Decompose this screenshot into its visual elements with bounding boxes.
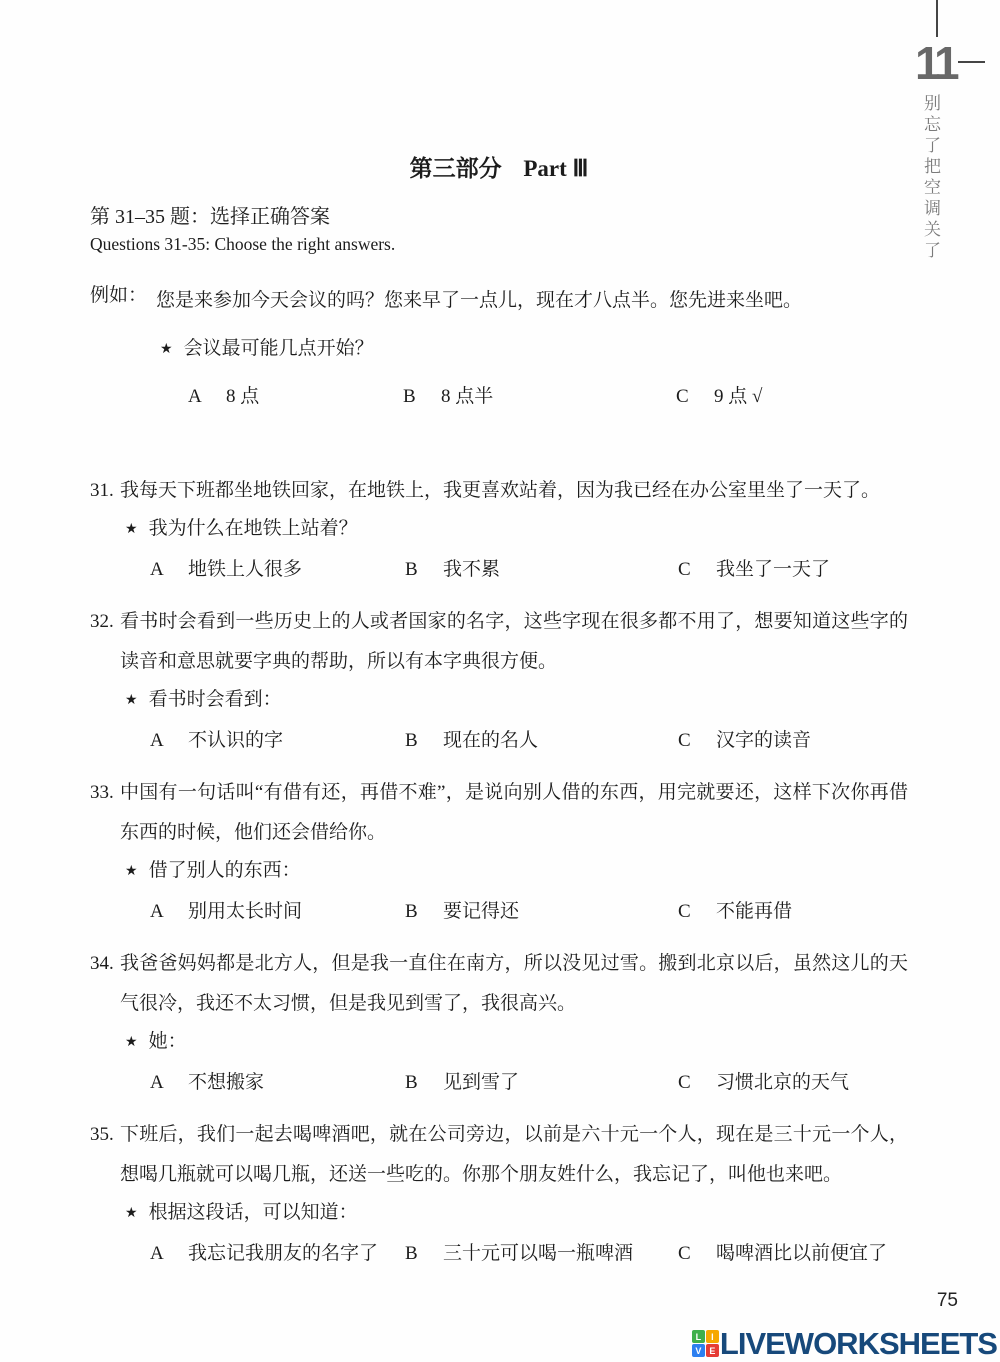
option-letter: C — [678, 1066, 716, 1100]
question-passage: 中国有一句话叫“有借有还，再借不难”，是说向别人借的东西，用完就要还，这样下次你… — [120, 773, 908, 853]
question-passage-row: 33. 中国有一句话叫“有借有还，再借不难”，是说向别人借的东西，用完就要还，这… — [90, 773, 908, 853]
option-text: 别用太长时间 — [188, 895, 302, 929]
liveworksheets-wordmark: LIVEWORKSHEETS — [720, 1328, 997, 1359]
question-passage: 我爸爸妈妈都是北方人，但是我一直住在南方，所以没见过雪。搬到北京以后，虽然这儿的… — [120, 944, 908, 1024]
example-label: 例如： — [90, 281, 156, 321]
section-title: 第三部分 Part Ⅲ — [90, 150, 908, 183]
option-b[interactable]: B 我不累 — [405, 553, 678, 587]
question-31: 31. 我每天下班都坐地铁回家，在地铁上，我更喜欢站着，因为我已经在办公室里坐了… — [90, 471, 908, 587]
option-text: 不能再借 — [716, 895, 792, 929]
example-option-b[interactable]: B 8 点半 — [403, 381, 676, 413]
option-letter: C — [678, 1237, 716, 1271]
example-question: 会议最可能几点开始？ — [184, 333, 374, 365]
option-letter: A — [150, 895, 188, 929]
star-icon: ★ — [160, 334, 173, 366]
question-number: 34. — [90, 944, 120, 1024]
option-a[interactable]: A 不想搬家 — [150, 1066, 405, 1100]
option-text: 不想搬家 — [188, 1066, 264, 1100]
question-number: 35. — [90, 1115, 120, 1195]
example-block: 例如： 您是来参加今天会议的吗？您来早了一点儿，现在才八点半。您先进来坐吧。 ★… — [90, 281, 908, 413]
example-option-c[interactable]: C 9 点 √ — [676, 381, 908, 413]
section-title-en: Part Ⅲ — [523, 156, 588, 181]
option-letter: B — [405, 553, 443, 587]
question-prompt-line: ★ 根据这段话，可以知道： — [125, 1196, 908, 1232]
option-letter: C — [678, 895, 716, 929]
instruction-chinese: 第 31–35 题：选择正确答案 — [90, 200, 908, 229]
logo-square-l: L — [692, 1330, 705, 1343]
logo-square-e: E — [706, 1344, 719, 1357]
question-32: 32. 看书时会看到一些历史上的人或者国家的名字，这些字现在很多都不用了，想要知… — [90, 602, 908, 758]
option-b[interactable]: B 现在的名人 — [405, 724, 678, 758]
question-options: A 地铁上人很多 B 我不累 C 我坐了一天了 — [150, 553, 908, 587]
option-letter: B — [405, 895, 443, 929]
question-prompt: 根据这段话，可以知道： — [149, 1196, 358, 1230]
example-passage: 您是来参加今天会议的吗？您来早了一点儿，现在才八点半。您先进来坐吧。 — [156, 281, 908, 321]
question-prompt: 看书时会看到： — [149, 683, 282, 717]
question-33: 33. 中国有一句话叫“有借有还，再借不难”，是说向别人借的东西，用完就要还，这… — [90, 773, 908, 929]
question-prompt: 她： — [149, 1025, 187, 1059]
question-prompt-line: ★ 她： — [125, 1025, 908, 1061]
question-prompt-line: ★ 看书时会看到： — [125, 683, 908, 719]
option-a[interactable]: A 地铁上人很多 — [150, 553, 405, 587]
option-c[interactable]: C 喝啤酒比以前便宜了 — [678, 1237, 908, 1271]
question-passage: 看书时会看到一些历史上的人或者国家的名字，这些字现在很多都不用了，想要知道这些字… — [120, 602, 908, 682]
option-letter: A — [188, 381, 226, 413]
question-options: A 我忘记我朋友的名字了 B 三十元可以喝一瓶啤酒 C 喝啤酒比以前便宜了 — [150, 1237, 908, 1271]
star-icon: ★ — [125, 684, 138, 718]
option-letter: C — [678, 553, 716, 587]
option-text: 现在的名人 — [443, 724, 538, 758]
option-text: 我不累 — [443, 553, 500, 587]
question-34: 34. 我爸爸妈妈都是北方人，但是我一直住在南方，所以没见过雪。搬到北京以后，虽… — [90, 944, 908, 1100]
example-options: A 8 点 B 8 点半 C 9 点 √ — [188, 381, 908, 413]
question-passage: 下班后，我们一起去喝啤酒吧，就在公司旁边，以前是六十元一个人，现在是三十元一个人… — [120, 1115, 908, 1195]
option-a[interactable]: A 我忘记我朋友的名字了 — [150, 1237, 405, 1271]
option-letter: A — [150, 1237, 188, 1271]
question-options: A 不想搬家 B 见到雪了 C 习惯北京的天气 — [150, 1066, 908, 1100]
page-number: 75 — [937, 1290, 958, 1312]
option-c[interactable]: C 习惯北京的天气 — [678, 1066, 908, 1100]
option-c[interactable]: C 我坐了一天了 — [678, 553, 908, 587]
option-text: 我忘记我朋友的名字了 — [188, 1237, 378, 1271]
option-text: 我坐了一天了 — [716, 553, 830, 587]
questions-list: 31. 我每天下班都坐地铁回家，在地铁上，我更喜欢站着，因为我已经在办公室里坐了… — [90, 471, 908, 1271]
option-letter: C — [678, 724, 716, 758]
star-icon: ★ — [125, 513, 138, 547]
option-text: 三十元可以喝一瓶啤酒 — [443, 1237, 633, 1271]
option-letter: B — [405, 1066, 443, 1100]
question-passage-row: 31. 我每天下班都坐地铁回家，在地铁上，我更喜欢站着，因为我已经在办公室里坐了… — [90, 471, 908, 511]
chapter-dash-rule — [958, 61, 985, 63]
option-b[interactable]: B 见到雪了 — [405, 1066, 678, 1100]
star-icon: ★ — [125, 1026, 138, 1060]
question-passage-row: 34. 我爸爸妈妈都是北方人，但是我一直住在南方，所以没见过雪。搬到北京以后，虽… — [90, 944, 908, 1024]
liveworksheets-logo[interactable]: L I V E LIVEWORKSHEETS — [692, 1328, 997, 1359]
star-icon: ★ — [125, 1197, 138, 1231]
option-text: 地铁上人很多 — [188, 553, 302, 587]
option-a[interactable]: A 别用太长时间 — [150, 895, 405, 929]
question-prompt: 我为什么在地铁上站着？ — [149, 512, 358, 546]
question-number: 33. — [90, 773, 120, 853]
question-options: A 不认识的字 B 现在的名人 C 汉字的读音 — [150, 724, 908, 758]
chapter-number: 11 — [915, 40, 956, 86]
question-passage-row: 35. 下班后，我们一起去喝啤酒吧，就在公司旁边，以前是六十元一个人，现在是三十… — [90, 1115, 908, 1195]
option-letter: A — [150, 553, 188, 587]
option-letter: C — [676, 381, 714, 413]
section-title-zh: 第三部分 — [410, 156, 502, 182]
star-icon: ★ — [125, 855, 138, 889]
question-options: A 别用太长时间 B 要记得还 C 不能再借 — [150, 895, 908, 929]
question-prompt-line: ★ 借了别人的东西： — [125, 854, 908, 890]
logo-square-v: V — [692, 1344, 705, 1357]
option-letter: B — [405, 1237, 443, 1271]
option-text: 8 点半 — [441, 381, 493, 413]
question-prompt-line: ★ 我为什么在地铁上站着？ — [125, 512, 908, 548]
chapter-title-vertical: 别忘了把空调关了 — [918, 94, 943, 262]
option-letter: B — [403, 381, 441, 413]
question-number: 31. — [90, 471, 120, 511]
liveworksheets-grid-icon: L I V E — [692, 1330, 719, 1357]
instruction-english: Questions 31-35: Choose the right answer… — [90, 234, 908, 255]
question-35: 35. 下班后，我们一起去喝啤酒吧，就在公司旁边，以前是六十元一个人，现在是三十… — [90, 1115, 908, 1271]
worksheet-content: 第三部分 Part Ⅲ 第 31–35 题：选择正确答案 Questions 3… — [90, 0, 908, 1286]
option-text: 见到雪了 — [443, 1066, 519, 1100]
option-letter: B — [405, 724, 443, 758]
option-b[interactable]: B 三十元可以喝一瓶啤酒 — [405, 1237, 678, 1271]
option-letter: A — [150, 724, 188, 758]
option-b[interactable]: B 要记得还 — [405, 895, 678, 929]
option-text: 8 点 — [226, 381, 259, 413]
option-c[interactable]: C 不能再借 — [678, 895, 908, 929]
question-passage: 我每天下班都坐地铁回家，在地铁上，我更喜欢站着，因为我已经在办公室里坐了一天了。 — [120, 471, 908, 511]
example-option-a[interactable]: A 8 点 — [188, 381, 403, 413]
option-c[interactable]: C 汉字的读音 — [678, 724, 908, 758]
question-prompt: 借了别人的东西： — [149, 854, 301, 888]
question-passage-row: 32. 看书时会看到一些历史上的人或者国家的名字，这些字现在很多都不用了，想要知… — [90, 602, 908, 682]
example-passage-row: 例如： 您是来参加今天会议的吗？您来早了一点儿，现在才八点半。您先进来坐吧。 — [90, 281, 908, 321]
option-text: 汉字的读音 — [716, 724, 811, 758]
example-question-line: ★ 会议最可能几点开始？ — [160, 333, 908, 367]
option-text: 要记得还 — [443, 895, 519, 929]
option-letter: A — [150, 1066, 188, 1100]
option-text: 9 点 √ — [714, 381, 762, 413]
option-text: 不认识的字 — [188, 724, 283, 758]
question-number: 32. — [90, 602, 120, 682]
chapter-top-rule — [936, 0, 938, 37]
option-text: 喝啤酒比以前便宜了 — [716, 1237, 887, 1271]
logo-square-i: I — [706, 1330, 719, 1343]
option-a[interactable]: A 不认识的字 — [150, 724, 405, 758]
option-text: 习惯北京的天气 — [716, 1066, 849, 1100]
